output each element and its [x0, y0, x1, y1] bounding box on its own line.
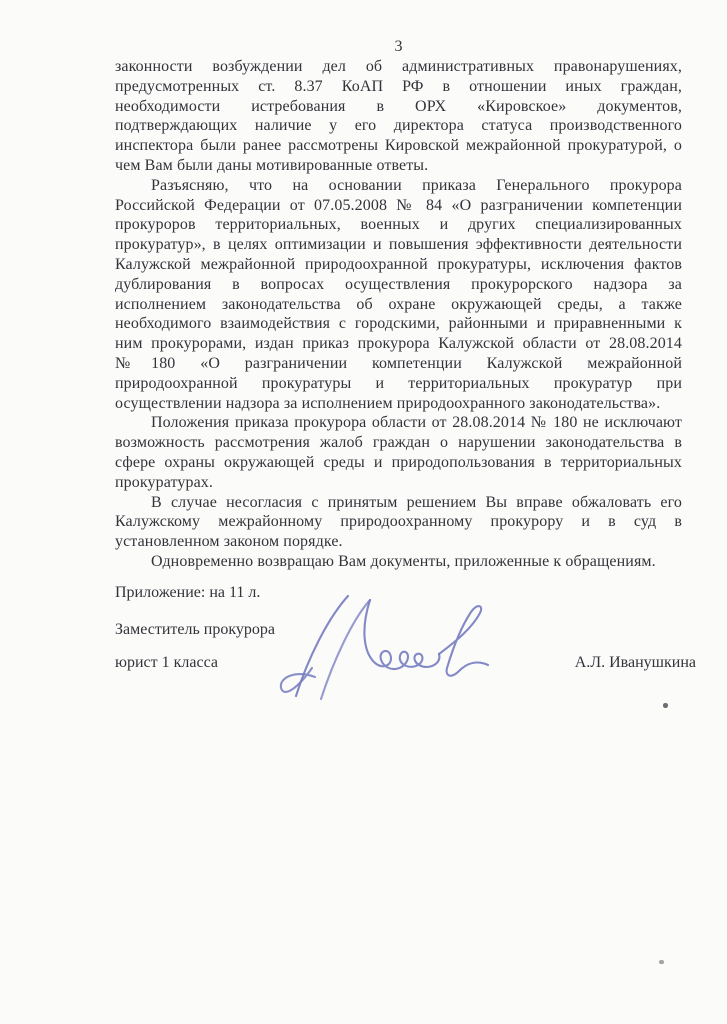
text-line: необходимости истребования в ОРХ «Кировс…	[115, 97, 682, 117]
text-line: дублирования в вопросах осуществления пр…	[115, 275, 682, 295]
text-line: прокуратур», в целях оптимизации и повыш…	[115, 235, 682, 255]
text-line: сфере охраны окружающей среды и природоп…	[115, 453, 682, 473]
signer-position-line-1: Заместитель прокурора	[115, 620, 275, 640]
attachment-note: Приложение: на 11 л.	[115, 583, 260, 603]
signature-stroke	[321, 600, 370, 699]
text-line: Разъясняю, что на основании приказа Гене…	[115, 176, 682, 196]
signer-position-line-2: юрист 1 класса	[115, 653, 218, 673]
signature-stroke	[296, 596, 348, 696]
text-line: природоохранной прокуратуры и территориа…	[115, 374, 682, 394]
text-line: ним прокурорами, издан приказ прокурора …	[115, 334, 682, 354]
text-line: исполнением законодательства об охране о…	[115, 295, 682, 315]
text-line: законности возбуждении дел об администра…	[115, 57, 682, 77]
text-line: Российской Федерации от 07.05.2008 № 84 …	[115, 196, 682, 216]
text-line: осуществлении надзора за исполнением при…	[115, 394, 682, 414]
text-line: установленном законом порядке.	[115, 532, 682, 552]
signature-stroke	[364, 600, 439, 669]
text-line: возможность рассмотрения жалоб граждан о…	[115, 433, 682, 453]
text-line: инспектора были ранее рассмотрены Кировс…	[115, 136, 682, 156]
scan-speck	[663, 703, 668, 708]
signer-name: А.Л. Иванушкина	[575, 653, 696, 673]
text-line: В случае несогласия с принятым решением …	[115, 493, 682, 513]
text-line: прокуроров территориальных, военных и др…	[115, 215, 682, 235]
text-line: необходимого взаимодействия с городскими…	[115, 314, 682, 334]
text-line: предусмотренных ст. 8.37 КоАП РФ в отнош…	[115, 77, 682, 97]
scan-speck	[659, 960, 664, 964]
handwritten-signature	[274, 586, 496, 702]
document-body: законности возбуждении дел об администра…	[115, 57, 682, 572]
text-line: №180 «О разграничении компетенции Калужс…	[115, 354, 682, 374]
text-line: Одновременно возвращаю Вам документы, пр…	[115, 552, 682, 572]
signature-stroke	[439, 606, 488, 676]
text-line: чем Вам были даны мотивированные ответы.	[115, 156, 682, 176]
text-line: прокуратурах.	[115, 473, 682, 493]
document-page: 3 законности возбуждении дел об админист…	[0, 0, 727, 1024]
text-line: подтверждающих наличие у его директора с…	[115, 116, 682, 136]
text-line: Калужской межрайонной природоохранной пр…	[115, 255, 682, 275]
text-line: Положения приказа прокурора области от 2…	[115, 413, 682, 433]
text-line: Калужскому межрайонному природоохранному…	[115, 512, 682, 532]
page-number: 3	[115, 37, 682, 56]
